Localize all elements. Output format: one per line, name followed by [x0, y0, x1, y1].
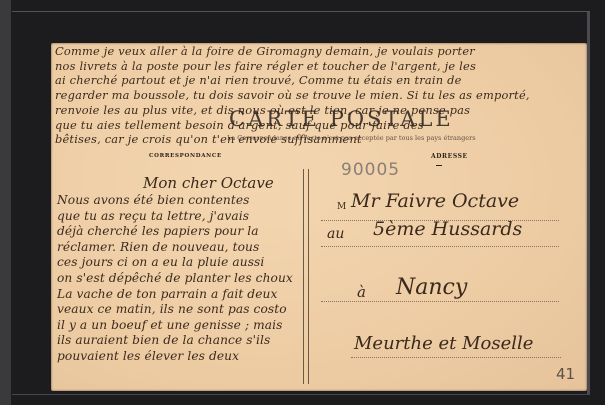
address-label: ADRESSE [431, 153, 468, 160]
message-line: ai cherché partout et je n'ai rien trouv… [55, 73, 530, 88]
pencil-reference-number: 90005 [341, 160, 400, 180]
frame-bottom-edge [12, 394, 590, 395]
address-line-3 [321, 300, 559, 302]
message-line: réclamer. Rien de nouveau, tous [57, 240, 293, 256]
message-line: que tu as reçu ta lettre, j'avais [57, 209, 293, 225]
left-frame-strip [0, 0, 11, 405]
address-recipient: Mr Faivre Octave [351, 190, 519, 212]
pencil-page-number: 41 [556, 365, 575, 383]
correspondence-message: Nous avons été bien contentes que tu as … [57, 193, 293, 365]
frame-top-edge [12, 11, 590, 12]
message-line: veaux ce matin, ils ne sont pas costo [57, 302, 293, 318]
message-line: Comme je veux aller à la foire de Giroma… [55, 44, 530, 59]
printed-correspondence-note: La Correspondance au recto n'est pas acc… [227, 134, 476, 142]
message-line: regarder ma boussole, tu dois savoir où … [55, 88, 530, 103]
frame-right-edge [587, 12, 590, 394]
center-divider [303, 169, 309, 384]
address-region: Meurthe et Moselle [354, 333, 533, 354]
postcard: Comme je veux aller à la foire de Giroma… [51, 43, 587, 391]
greeting: Mon cher Octave [143, 174, 274, 192]
top-handwritten-message: Comme je veux aller à la foire de Giroma… [55, 44, 530, 147]
message-line: Nous avons été bien contentes [57, 193, 293, 209]
address-city: Nancy [396, 275, 467, 300]
message-line: nos livrets à la poste pour les faire ré… [55, 59, 530, 74]
correspondence-label: CORRESPONDANCE [149, 153, 222, 159]
message-line: ils auraient bien de la chance s'ils [57, 333, 293, 349]
message-line: déjà cherché les papiers pour la [57, 224, 293, 240]
address-line-4 [351, 356, 561, 358]
address-line3-prefix: à [357, 283, 366, 301]
address-label-dash [436, 165, 442, 166]
address-line2-prefix: au [327, 226, 344, 242]
message-line: il y a un boeuf et une genisse ; mais [57, 318, 293, 334]
message-line: La vache de ton parrain a fait deux [57, 287, 293, 303]
message-line: pouvaient les élever les deux [57, 349, 293, 365]
address-regiment: 5ème Hussards [373, 218, 522, 240]
message-line: on s'est dépêché de planter les choux [57, 271, 293, 287]
message-line: ces jours ci on a eu la pluie aussi [57, 255, 293, 271]
address-line-2 [321, 245, 559, 247]
address-prefix: M [337, 202, 346, 212]
carte-postale-title: CARTE POSTALE [229, 107, 454, 131]
